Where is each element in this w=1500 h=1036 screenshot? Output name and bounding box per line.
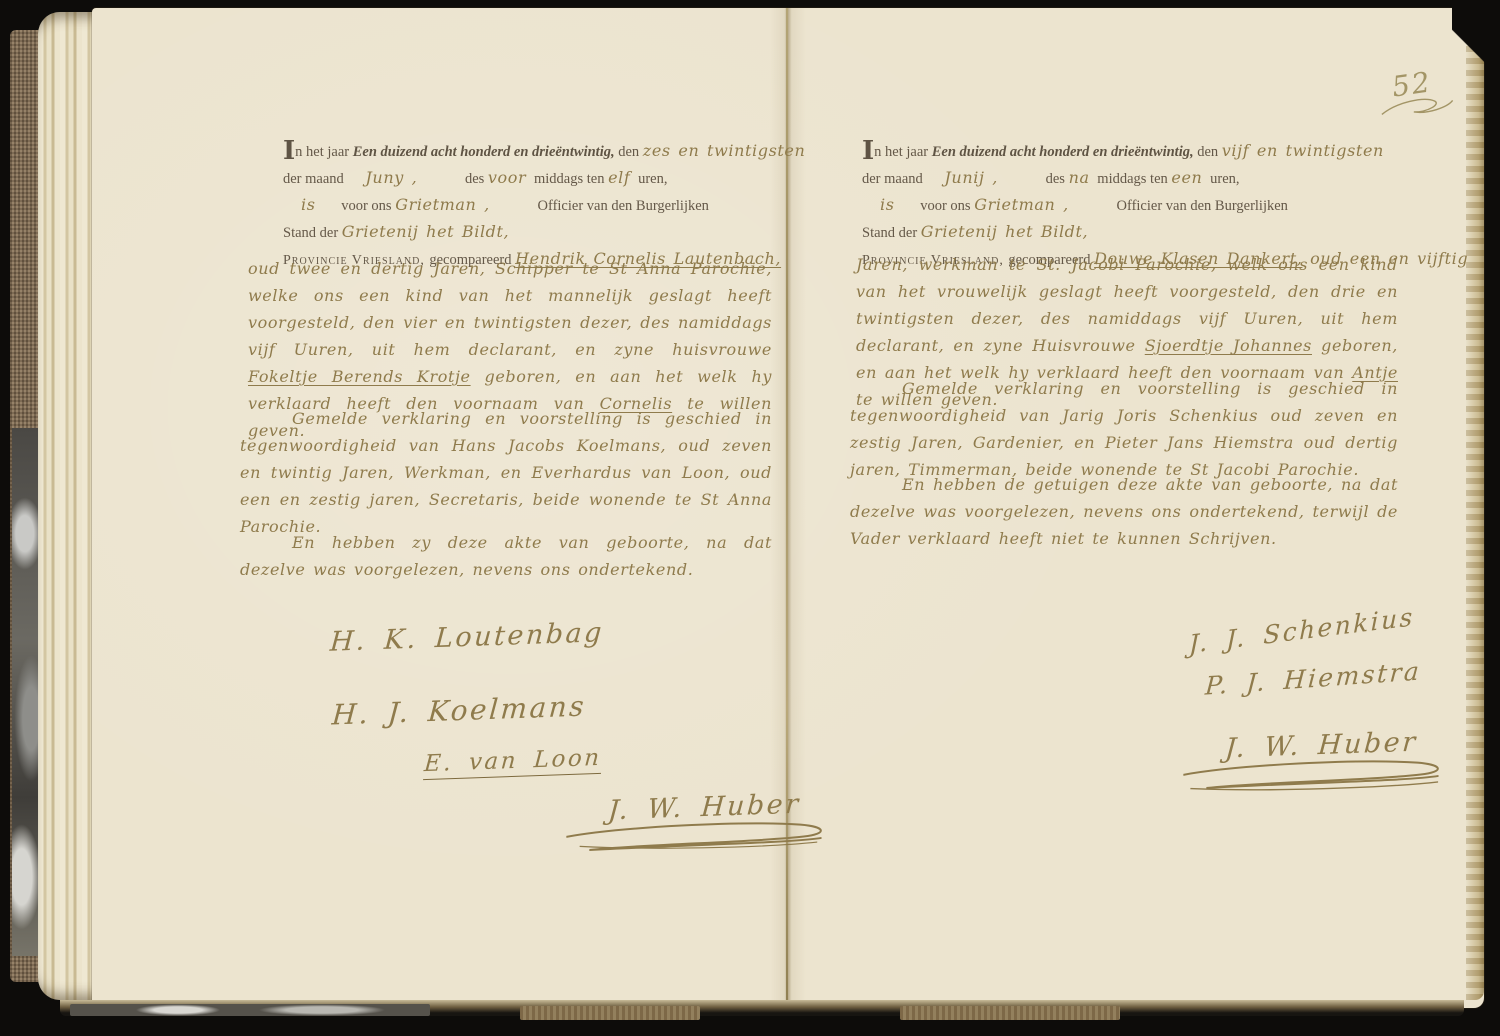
- form-line: is voor ons Grietman , Officier van den …: [283, 192, 823, 219]
- form-line: Stand der Grietenij het Bildt,: [862, 219, 1402, 246]
- signature-huber-left: J. W. Huber: [607, 789, 802, 827]
- form-line: is voor ons Grietman , Officier van den …: [862, 192, 1402, 219]
- form-line: der maand Juny , des voor middags ten el…: [283, 165, 823, 192]
- handwritten-text: voor: [488, 168, 534, 187]
- right-page-deckle-edge: [1466, 14, 1484, 1000]
- printed-form-text: der maand: [283, 171, 347, 187]
- printed-form-text: n het jaar: [874, 144, 932, 160]
- printed-form-text: Officier van den Burgerlijken: [1117, 198, 1288, 214]
- printed-form-text: den: [1197, 144, 1222, 160]
- printed-form-text: middags ten: [534, 171, 608, 187]
- handwritten-text: En hebben de getuigen deze akte van gebo…: [850, 475, 1398, 548]
- handwritten-text: Grietenij het Bildt,: [921, 222, 1088, 241]
- handwritten-text: Grietman ,: [974, 195, 1076, 214]
- handwritten-text: Grietenij het Bildt,: [342, 222, 509, 241]
- printed-form-text: voor ons: [341, 198, 395, 214]
- handwritten-text: Gemelde verklaring en voorstelling is ge…: [240, 409, 772, 536]
- printed-form-text: uren,: [1210, 171, 1239, 187]
- signature-huber-right: J. W. Huber: [1224, 727, 1419, 765]
- handwritten-text: een: [1171, 168, 1210, 187]
- right-body-paragraph-3: En hebben de getuigen deze akte van gebo…: [850, 472, 1398, 553]
- handwritten-text: Sjoerdtje Johannes: [1145, 336, 1312, 355]
- printed-form-text: uren,: [638, 171, 667, 187]
- handwritten-text: Junij ,: [944, 168, 1005, 187]
- printed-form-text: Stand der: [862, 225, 921, 241]
- handwritten-text: is: [880, 195, 902, 214]
- printed-form-text: Officier van den Burgerlijken: [538, 198, 709, 214]
- printed-form-text: n het jaar: [295, 144, 353, 160]
- printed-form-text: des: [1046, 171, 1069, 187]
- printed-form-text: middags ten: [1097, 171, 1171, 187]
- form-line: Stand der Grietenij het Bildt,: [283, 219, 823, 246]
- handwritten-text: na: [1069, 168, 1098, 187]
- bottom-marbled-edge: [70, 1004, 430, 1016]
- handwritten-text: Gemelde verklaring en voorstelling is ge…: [850, 379, 1398, 479]
- printed-form-text: Een duizend acht honderd en drieëntwinti…: [353, 144, 618, 160]
- bottom-cover-edge: [520, 1006, 700, 1020]
- handwritten-text: oud twee en dertig Jaren, Schipper te St…: [248, 259, 772, 359]
- printed-form-text: I: [283, 136, 295, 166]
- printed-form-text: voor ons: [920, 198, 974, 214]
- left-form-block: In het jaar Een duizend acht honderd en …: [283, 138, 823, 273]
- scanned-register-photo: { "page_number": "52", "colors": { "pape…: [0, 0, 1500, 1036]
- printed-form-text: der maand: [862, 171, 926, 187]
- top-right-page-corner: [1452, 0, 1500, 92]
- handwritten-text: elf: [608, 168, 638, 187]
- printed-form-text: des: [465, 171, 488, 187]
- left-body-paragraph-2: Gemelde verklaring en voorstelling is ge…: [240, 406, 772, 541]
- bottom-cover-edge: [900, 1006, 1120, 1020]
- printed-form-text: Stand der: [283, 225, 342, 241]
- printed-form-text: den: [618, 144, 643, 160]
- handwritten-text: is: [301, 195, 323, 214]
- printed-form-text: Een duizend acht honderd en drieëntwinti…: [932, 144, 1197, 160]
- signature-text: E. van Loon: [423, 745, 602, 777]
- handwritten-text: Fokeltje Berends Krotje: [248, 367, 471, 386]
- handwritten-text: zes en twintigsten: [643, 141, 806, 160]
- form-line: In het jaar Een duizend acht honderd en …: [862, 138, 1402, 165]
- form-line: der maand Junij , des na middags ten een…: [862, 165, 1402, 192]
- form-line: In het jaar Een duizend acht honderd en …: [283, 138, 823, 165]
- handwritten-text: Grietman ,: [395, 195, 497, 214]
- page-number: 52: [1390, 65, 1434, 103]
- left-body-paragraph-3: En hebben zy deze akte van geboorte, na …: [240, 530, 772, 584]
- printed-form-text: I: [862, 136, 874, 166]
- handwritten-text: Juny ,: [365, 168, 425, 187]
- handwritten-text: En hebben zy deze akte van geboorte, na …: [240, 533, 772, 579]
- right-body-paragraph-2: Gemelde verklaring en voorstelling is ge…: [850, 376, 1398, 484]
- handwritten-text: vijf en twintigsten: [1222, 141, 1384, 160]
